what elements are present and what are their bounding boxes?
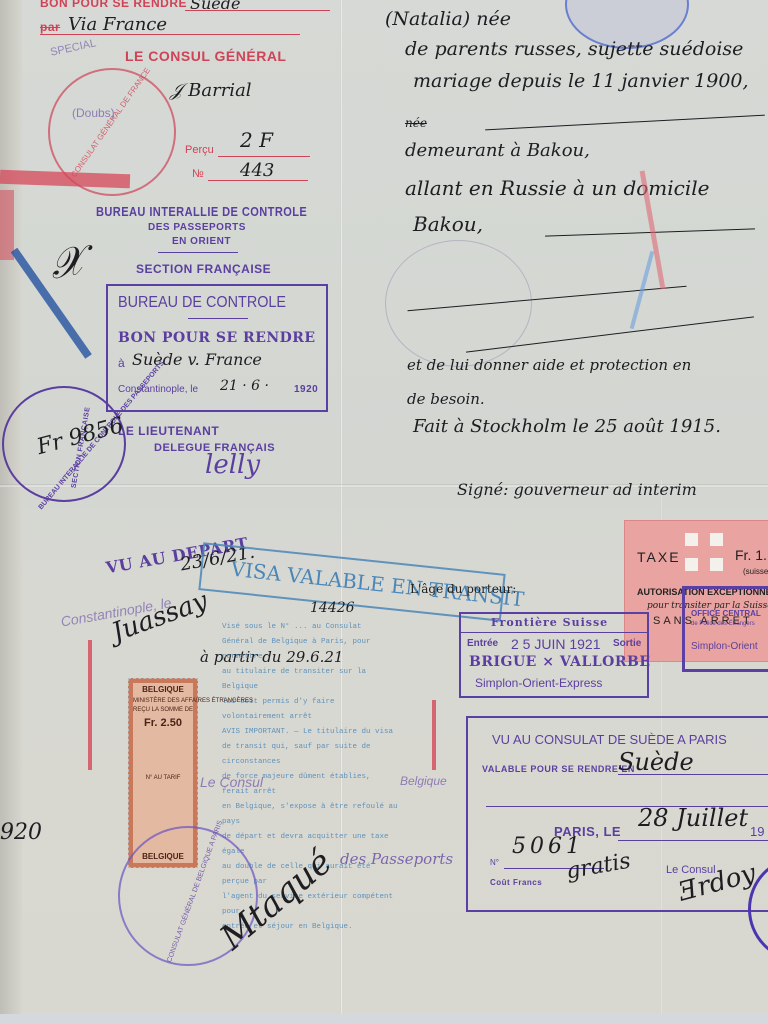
overstamp-1: OFFICE CENTRAL (691, 609, 761, 618)
percu-label: Perçu (185, 144, 214, 156)
tax-currency: (suisse) (743, 567, 768, 576)
body-line-7: Bakou, (413, 212, 483, 236)
belgian-text-line: AVIS IMPORTANT. — Le titulaire du visa (222, 725, 402, 740)
signed-place-date: Fait à Stockholm le 25 août 1915. (413, 416, 721, 437)
body-line-5: demeurant à Bakou, (405, 140, 590, 161)
entry-date: 2 5 JUIN 1921 (511, 636, 601, 652)
number-label: № (192, 168, 204, 180)
rule (185, 10, 330, 11)
belgian-visa-text: Visé sous le N° ... au Consulat Général … (222, 620, 402, 790)
no-label: N° (490, 858, 499, 867)
closing-line-2: de besoin. (407, 390, 485, 408)
rule (618, 840, 768, 841)
rule (40, 34, 300, 35)
par-value: Via France (68, 14, 167, 35)
swiss-cross-icon (685, 533, 723, 571)
consul-line: Le Consul (200, 774, 263, 790)
rule (188, 318, 248, 319)
rule (461, 632, 647, 633)
overstamp-2: de Police des Étrangers (691, 621, 755, 627)
tax-amount: Fr. 1. (735, 547, 767, 563)
body-line-2: de parents russes, sujette suédoise (405, 38, 743, 60)
consul-signature: 𝒥 Barrial (170, 80, 252, 101)
percu-value: 2 F (240, 128, 273, 152)
signature-line: Signé: gouverneur ad interim (457, 480, 697, 499)
swiss-frontier-stamp: Frontière Suisse Entrée 2 5 JUIN 1921 So… (459, 612, 649, 698)
no-value: 5061 (512, 834, 584, 859)
stamp-ministry: MINISTÈRE DES AFFAIRES ÉTRANGÈRES (133, 698, 193, 704)
valid-value: Suède (618, 748, 694, 776)
section-label: Sortie (613, 638, 641, 649)
visa-number: 14426 (310, 600, 355, 616)
frontier-title: Frontière Suisse (491, 616, 608, 629)
rule (208, 180, 308, 181)
bureau-line3: EN ORIENT (172, 236, 231, 247)
body-line-6: allant en Russie à un domicile (405, 176, 709, 200)
body-line-1: (Natalia) née (385, 8, 511, 30)
swedish-consulate-stamp: VU AU CONSULAT DE SUÈDE A PARIS VALABLE … (466, 716, 768, 912)
bon-pour-label: BON POUR SE RENDRE (40, 0, 187, 10)
belgian-text-line: au titulaire de transiter sur la Belgiqu… (222, 665, 402, 695)
box-city: Constantinople, le (118, 384, 198, 395)
officer-line1: LE LIEUTENANT (118, 424, 219, 438)
closing-line-1: et de lui donner aide et protection en (407, 356, 691, 374)
red-crayon-mark (432, 700, 436, 770)
special-stamp: SPECIAL (49, 37, 97, 58)
french-consulate-stamp: BON POUR SE RENDRE Suède par Via France … (40, 0, 340, 190)
box-title: BUREAU DE CONTROLE (118, 294, 286, 312)
pen-stroke (485, 115, 765, 131)
age-label: L'âge du porteur: (410, 582, 516, 596)
belgique-line: Belgique (400, 774, 447, 788)
box-dest-prefix: à (118, 356, 125, 370)
par-label: par (40, 20, 60, 34)
consul-general-title: LE CONSUL GÉNÉRAL (125, 48, 286, 64)
frontier-train: Simplon-Orient-Express (475, 676, 602, 690)
box-year: 1920 (294, 384, 318, 395)
rule (618, 774, 768, 775)
margin-year: 920 (0, 820, 42, 845)
officer-signature: lelly (205, 450, 260, 480)
stamp-sub: REÇU LA SOMME DE (133, 707, 193, 713)
bureau-line4: SECTION FRANÇAISE (136, 262, 271, 276)
passport-document: BON POUR SE RENDRE Suède par Via France … (0, 0, 768, 1024)
stamp-top: BELGIQUE (133, 685, 193, 694)
red-crayon-mark (88, 640, 92, 770)
cost-label: Coût Francs (490, 878, 542, 887)
bureau-line2: DES PASSEPORTS (148, 222, 246, 233)
valid-label: VALABLE POUR SE RENDRE EN (482, 764, 635, 774)
rule (218, 156, 310, 157)
number-value: 443 (240, 160, 274, 181)
passport-body-text: (Natalia) née de parents russes, sujette… (345, 0, 768, 480)
stamp-amount: Fr. 2.50 (133, 717, 193, 729)
belgian-text-line: de transit qui, sauf par suite de circon… (222, 740, 402, 770)
belgian-consulate-section: 920 Le Consul Belgique des Passeports CO… (0, 780, 480, 1020)
swedish-title: VU AU CONSULAT DE SUÈDE A PARIS (492, 732, 727, 747)
overstamp-3: Simplon-Orient (691, 641, 758, 652)
taxe-label: TAXE (637, 549, 681, 565)
faded-seal (385, 240, 532, 367)
seal-place: (Doubs) (72, 106, 115, 120)
bon-pour-value: Suède (190, 0, 240, 13)
paris-date: 28 Juillet (638, 804, 748, 832)
box-date: 21 · 6 · (220, 378, 269, 394)
belgian-text-line: Visé sous le N° ... au Consulat (222, 620, 402, 635)
box-subtitle: BON POUR SE RENDRE (118, 330, 316, 346)
body-line-4: née (405, 116, 427, 130)
body-line-3: mariage depuis le 11 janvier 1900, (413, 70, 749, 92)
passports-line: des Passeports (340, 850, 453, 868)
year-prefix: 19 (750, 824, 764, 839)
police-overstamp: OFFICE CENTRAL de Police des Étrangers S… (682, 586, 768, 672)
belgian-text-line: Général de Belgique à Paris, pour permet… (222, 635, 402, 665)
entry-label: Entrée (467, 638, 498, 649)
cross-bar (685, 546, 723, 558)
rule (158, 252, 238, 253)
frontier-route: BRIGUE × VALLORBE (469, 654, 651, 670)
box-destination: Suède v. France (132, 350, 262, 369)
bureau-line1: BUREAU INTERALLIE DE CONTROLE (96, 204, 307, 219)
